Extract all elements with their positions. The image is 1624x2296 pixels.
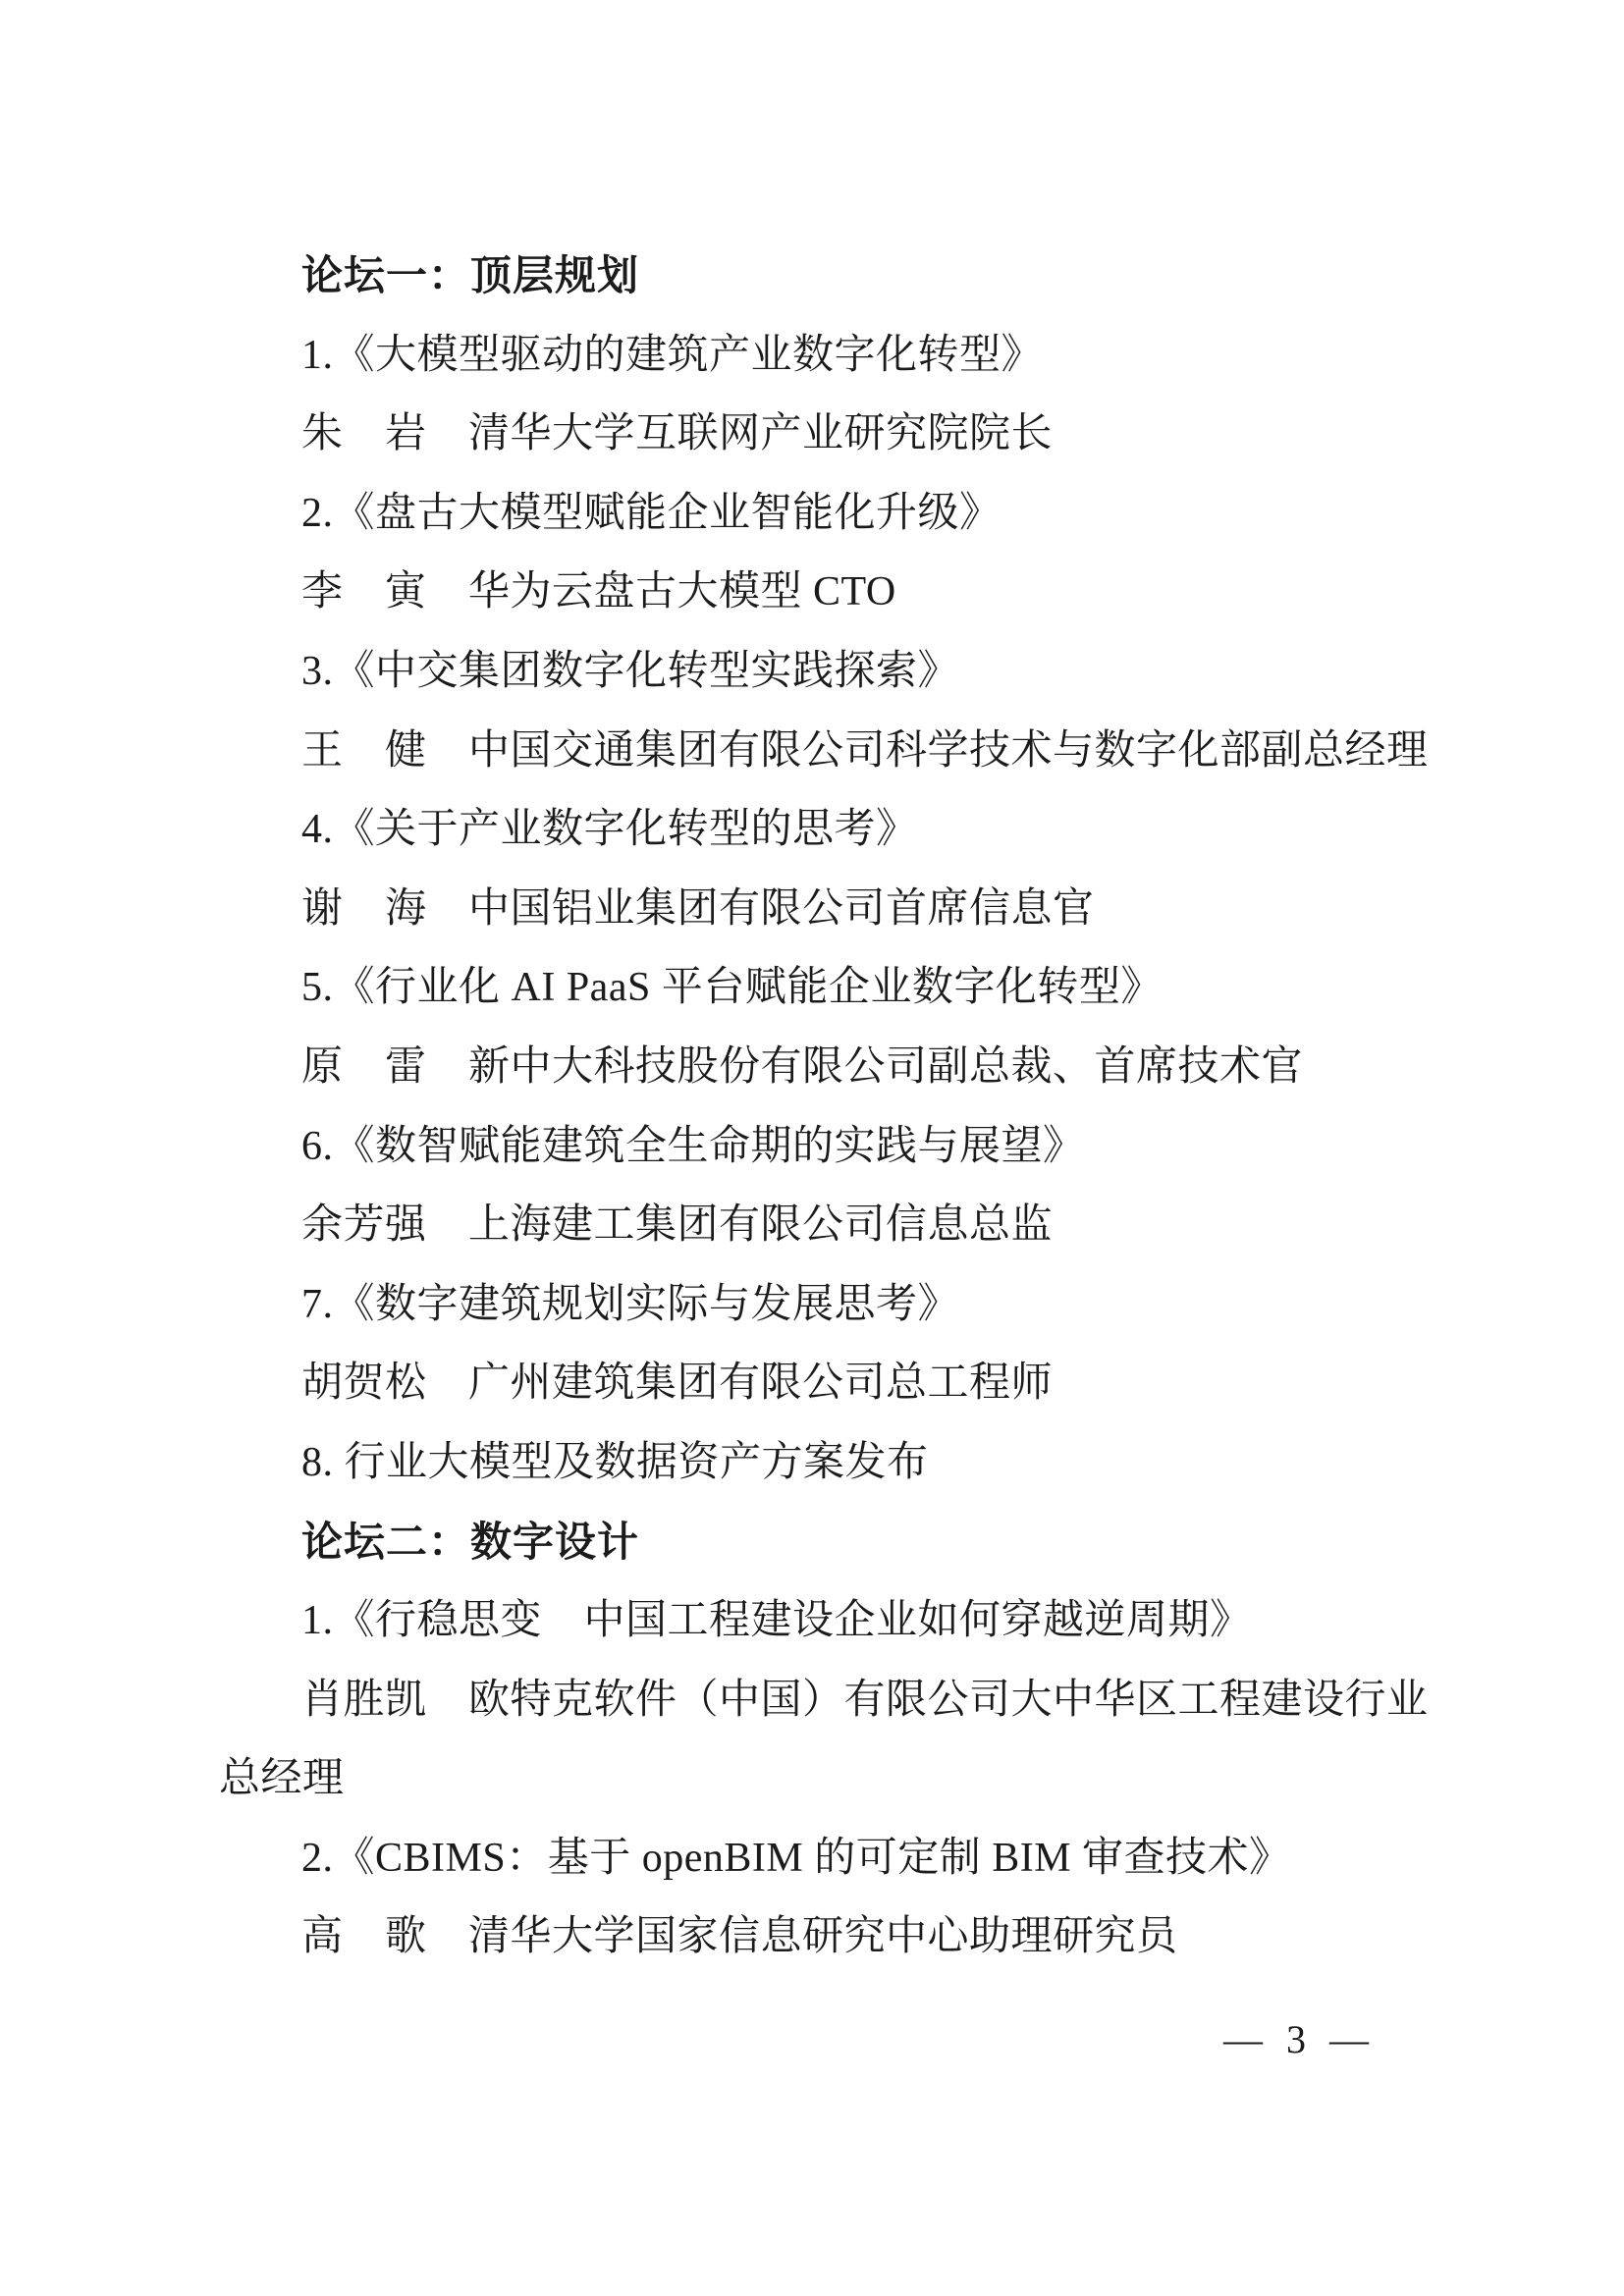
agenda-line: 7.《数字建筑规划实际与发展思考》 xyxy=(219,1265,1495,1345)
agenda-line: 肖胜凯 欧特克软件（中国）有限公司大中华区工程建设行业 xyxy=(219,1661,1495,1740)
agenda-line: 2.《CBIMS：基于 openBIM 的可定制 BIM 审查技术》 xyxy=(219,1819,1495,1898)
agenda-line: 6.《数智赋能建筑全生命期的实践与展望》 xyxy=(219,1107,1495,1187)
agenda-line: 4.《关于产业数字化转型的思考》 xyxy=(219,790,1495,870)
agenda-line: 2.《盘古大模型赋能企业智能化升级》 xyxy=(219,474,1495,554)
agenda-line: 王 健 中国交通集团有限公司科学技术与数字化部副总经理 xyxy=(219,712,1495,791)
agenda-line: 5.《行业化 AI PaaS 平台赋能企业数字化转型》 xyxy=(219,948,1495,1028)
page-number: — 3 — xyxy=(1223,2014,1369,2065)
forum-heading: 论坛一：顶层规划 xyxy=(219,237,1495,316)
agenda-line: 1.《行稳思变 中国工程建设企业如何穿越逆周期》 xyxy=(219,1581,1495,1661)
agenda-line: 8. 行业大模型及数据资产方案发布 xyxy=(219,1423,1495,1503)
agenda-line: 3.《中交集团数字化转型实践探索》 xyxy=(219,632,1495,712)
continuation-line: 总经理 xyxy=(219,1739,1495,1819)
agenda-line: 余芳强 上海建工集团有限公司信息总监 xyxy=(219,1186,1495,1265)
agenda-line: 谢 海 中国铝业集团有限公司首席信息官 xyxy=(219,870,1495,949)
agenda-line: 原 雷 新中大科技股份有限公司副总裁、首席技术官 xyxy=(219,1028,1495,1107)
forum-heading: 论坛二：数字设计 xyxy=(219,1503,1495,1582)
agenda-line: 朱 岩 清华大学互联网产业研究院院长 xyxy=(219,395,1495,474)
agenda-line: 胡贺松 广州建筑集团有限公司总工程师 xyxy=(219,1344,1495,1423)
agenda-line: 1.《大模型驱动的建筑产业数字化转型》 xyxy=(219,316,1495,396)
document-page: 论坛一：顶层规划1.《大模型驱动的建筑产业数字化转型》朱 岩 清华大学互联网产业… xyxy=(0,0,1624,2296)
document-body: 论坛一：顶层规划1.《大模型驱动的建筑产业数字化转型》朱 岩 清华大学互联网产业… xyxy=(219,237,1495,1977)
agenda-line: 李 寅 华为云盘古大模型 CTO xyxy=(219,553,1495,632)
agenda-line: 高 歌 清华大学国家信息研究中心助理研究员 xyxy=(219,1897,1495,1977)
